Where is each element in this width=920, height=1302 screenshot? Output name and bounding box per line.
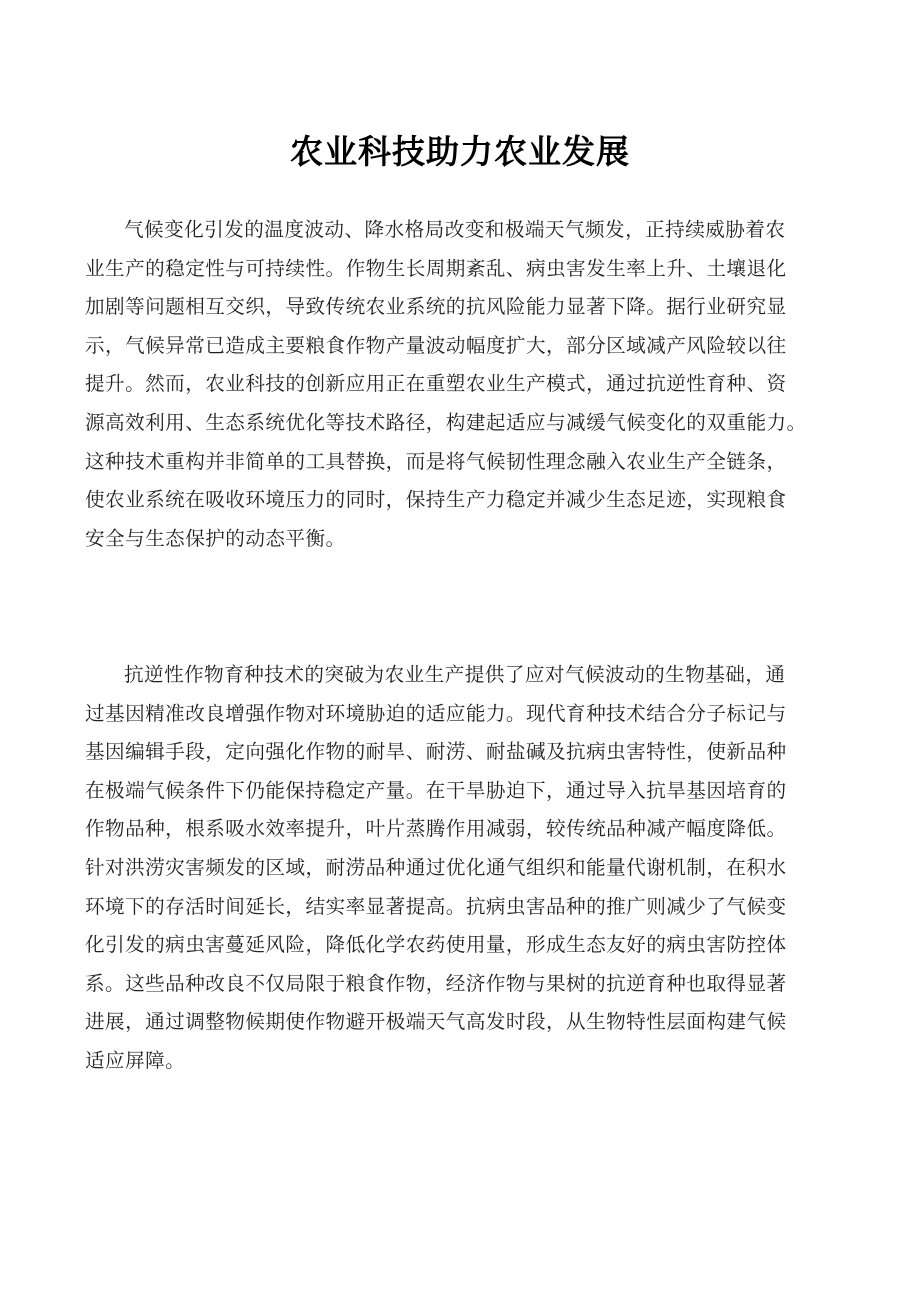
document-title: 农业科技助力农业发展 [0, 128, 920, 176]
paragraph-line: 过基因精准改良增强作物对环境胁迫的适应能力。现代育种技术结合分子标记与 [85, 695, 855, 734]
paragraph-line: 系。这些品种改良不仅局限于粮食作物，经济作物与果树的抗逆育种也取得显著 [85, 965, 855, 1004]
paragraph-line: 这种技术重构并非简单的工具替换，而是将气候韧性理念融入农业生产全链条， [85, 443, 855, 482]
paragraph-line: 安全与生态保护的动态平衡。 [85, 520, 855, 559]
paragraph-line: 适应屏障。 [85, 1042, 855, 1081]
paragraph-line: 业生产的稳定性与可持续性。作物生长周期紊乱、病虫害发生率上升、土壤退化 [85, 250, 855, 289]
paragraph-line: 化引发的病虫害蔓延风险，降低化学农药使用量，形成生态友好的病虫害防控体 [85, 926, 855, 965]
paragraph-1: 气候变化引发的温度波动、降水格局改变和极端天气频发，正持续威胁着农 业生产的稳定… [85, 211, 855, 558]
paragraph-line: 基因编辑手段，定向强化作物的耐旱、耐涝、耐盐碱及抗病虫害特性，使新品种 [85, 733, 855, 772]
paragraph-line: 示，气候异常已造成主要粮食作物产量波动幅度扩大，部分区域减产风险较以往 [85, 327, 855, 366]
paragraph-line: 抗逆性作物育种技术的突破为农业生产提供了应对气候波动的生物基础，通 [85, 656, 855, 695]
paragraph-line: 环境下的存活时间延长，结实率显著提高。抗病虫害品种的推广则减少了气候变 [85, 888, 855, 927]
paragraph-line: 提升。然而，农业科技的创新应用正在重塑农业生产模式，通过抗逆性育种、资 [85, 365, 855, 404]
document-page: 农业科技助力农业发展 气候变化引发的温度波动、降水格局改变和极端天气频发，正持续… [0, 0, 920, 1302]
paragraph-line: 作物品种，根系吸水效率提升，叶片蒸腾作用减弱，较传统品种减产幅度降低。 [85, 810, 855, 849]
paragraph-line: 针对洪涝灾害频发的区域，耐涝品种通过优化通气组织和能量代谢机制，在积水 [85, 849, 855, 888]
paragraph-line: 加剧等问题相互交织，导致传统农业系统的抗风险能力显著下降。据行业研究显 [85, 288, 855, 327]
paragraph-line: 气候变化引发的温度波动、降水格局改变和极端天气频发，正持续威胁着农 [85, 211, 855, 250]
paragraph-line: 源高效利用、生态系统优化等技术路径，构建起适应与减缓气候变化的双重能力。 [85, 404, 855, 443]
paragraph-2: 抗逆性作物育种技术的突破为农业生产提供了应对气候波动的生物基础，通 过基因精准改… [85, 656, 855, 1081]
paragraph-line: 进展，通过调整物候期使作物避开极端天气高发时段，从生物特性层面构建气候 [85, 1003, 855, 1042]
paragraph-line: 使农业系统在吸收环境压力的同时，保持生产力稳定并减少生态足迹，实现粮食 [85, 481, 855, 520]
paragraph-line: 在极端气候条件下仍能保持稳定产量。在干旱胁迫下，通过导入抗旱基因培育的 [85, 772, 855, 811]
